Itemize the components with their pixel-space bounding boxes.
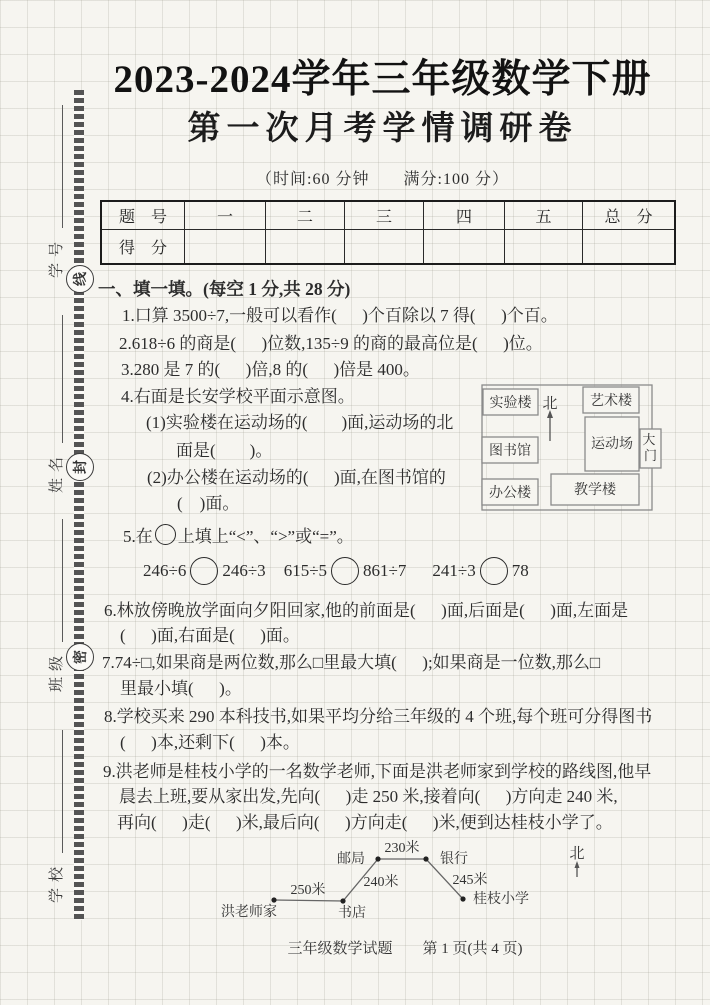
building-office-label: 办公楼: [489, 484, 532, 501]
page-footer: 三年级数学试题 第 1 页(共 4 页): [95, 937, 710, 958]
score-table-header-row: 题 号 一 二 三 四 五 总 分: [101, 201, 675, 230]
header-part-1: 一: [185, 201, 266, 230]
comparison-circle-icon: [331, 557, 359, 585]
exam-subtitle: 第一次月考学情调研卷: [95, 102, 670, 149]
q5-pair1-left: 246÷6: [143, 561, 186, 581]
question-6-line-2: ( )面,右面是( )面。: [120, 625, 300, 646]
section-1-heading: 一、填一填。(每空 1 分,共 28 分): [98, 279, 350, 301]
question-9-line-3: 再向( )走( )米,最后向( )方向走( )米,便到达桂枝小学了。: [117, 812, 613, 833]
route-node-bookstore-label: 书店: [338, 904, 366, 921]
question-5: 5.在 上填上“<”、“>”或“=”。: [123, 522, 354, 547]
question-5-expressions: 246÷6 246÷3 615÷5 861÷7 241÷3 78: [143, 556, 529, 586]
question-7-line-1: 7.74÷□,如果商是两位数,那么□里最大填( );如果商是一位数,那么□: [102, 652, 600, 673]
question-4-sub-2-line-2: ( )面。: [177, 493, 239, 514]
gate-char-2: 门: [644, 448, 657, 463]
question-4: 4.右面是长安学校平面示意图。: [121, 386, 355, 407]
score-cell-1: [185, 230, 266, 265]
distance-post-bank: 230米: [385, 839, 420, 856]
north-arrow-icon: [575, 861, 580, 877]
q5-pair2-right: 861÷7: [363, 561, 406, 581]
class-label: 班级: [46, 650, 68, 692]
route-node-bank-dot: [423, 856, 428, 861]
distance-bookstore-post: 240米: [364, 873, 399, 890]
route-north-label: 北: [569, 845, 584, 862]
score-row: 得 分: [101, 230, 675, 265]
distance-home-bookstore: 250米: [291, 881, 326, 898]
question-9-line-1: 9.洪老师是桂枝小学的一名数学老师,下面是洪老师家到学校的路线图,他早: [103, 761, 651, 782]
route-node-bookstore-dot: [340, 898, 345, 903]
score-cell-2: [266, 230, 345, 265]
time-score-info: （时间:60 分钟 满分:100 分）: [95, 166, 670, 189]
question-4-sub-1-line-1: (1)实验楼在运动场的( )面,运动场的北: [146, 412, 453, 433]
gate-label: 大 门: [642, 432, 658, 463]
route-node-school-dot: [460, 896, 465, 901]
route-node-bank-label: 银行: [440, 851, 468, 867]
seal-dotted-line: [74, 90, 84, 920]
north-arrow-icon: [547, 410, 553, 441]
distance-bank-school: 245米: [453, 871, 488, 888]
score-table: 题 号 一 二 三 四 五 总 分 得 分: [100, 200, 676, 265]
comparison-circle-icon: [480, 557, 508, 585]
question-8-line-2: ( )本,还剩下( )本。: [120, 732, 300, 753]
q5-pair3-left: 241÷3: [432, 561, 475, 581]
question-4-sub-1-line-2: 面是( )。: [176, 440, 272, 461]
seal-field-name: 姓名: [42, 313, 68, 493]
question-8-line-1: 8.学校买来 290 本科技书,如果平均分给三年级的 4 个班,每个班可分得图书: [104, 706, 652, 727]
question-3: 3.280 是 7 的( )倍,8 的( )倍是 400。: [121, 359, 420, 380]
route-node-post-office-label: 邮局: [337, 851, 365, 867]
question-5-prefix: 5.在: [123, 522, 153, 547]
building-art-label: 艺术楼: [590, 392, 633, 409]
q5-pair1-right: 246÷3: [222, 561, 265, 581]
q5-pair3-right: 78: [512, 561, 529, 581]
seal-circle-xian: 线: [66, 265, 94, 293]
north-label: 北: [542, 395, 557, 412]
seal-field-school: 学校: [42, 728, 68, 903]
seal-char: 密: [70, 650, 90, 664]
name-blank: [62, 315, 63, 443]
header-part-5: 五: [505, 201, 583, 230]
route-node-home-label: 洪老师家: [221, 903, 277, 920]
student-id-blank: [62, 105, 63, 228]
question-5-suffix: 上填上“<”、“>”或“=”。: [178, 522, 354, 547]
q5-pair2-left: 615÷5: [284, 561, 327, 581]
building-teaching-label: 教学楼: [574, 481, 617, 498]
seal-circle-mi: 密: [66, 643, 94, 671]
school-label: 学校: [46, 861, 68, 903]
comparison-circle-icon: [155, 524, 176, 545]
score-cell-5: [505, 230, 583, 265]
comparison-circle-icon: [190, 557, 218, 585]
header-part-4: 四: [424, 201, 505, 230]
route-map: 洪老师家 250米 书店 240米 邮局 230米 银行 245米 桂枝小学 北: [192, 836, 602, 928]
route-node-school-label: 桂枝小学: [473, 890, 529, 907]
route-node-home-dot: [271, 897, 276, 902]
score-row-label: 得 分: [101, 230, 185, 265]
score-cell-3: [345, 230, 424, 265]
seal-field-student-id: 学号: [42, 103, 68, 278]
question-7-line-2: 里最小填( )。: [120, 678, 242, 699]
name-label: 姓名: [46, 451, 68, 493]
header-part-2: 二: [266, 201, 345, 230]
class-blank: [62, 519, 63, 642]
exam-page: 学号 姓名 班级 学校 线 封 密 2023-2024学年三年级数学下册 第一次…: [0, 0, 710, 1005]
question-1: 1.口算 3500÷7,一般可以看作( )个百除以 7 得( )个百。: [122, 305, 558, 326]
question-4-sub-2-line-1: (2)办公楼在运动场的( )面,在图书馆的: [147, 467, 446, 488]
question-9-line-2: 晨去上班,要从家出发,先向( )走 250 米,接着向( )方向走 240 米,: [119, 786, 618, 807]
question-2: 2.618÷6 的商是( )位数,135÷9 的商的最高位是( )位。: [119, 333, 543, 354]
school-map: 实验楼 北 艺术楼 图书馆 运动场 大 门 办公楼 教学楼: [477, 381, 672, 516]
student-id-label: 学号: [46, 236, 68, 278]
score-cell-total: [583, 230, 676, 265]
school-blank: [62, 730, 63, 853]
seal-circle-feng: 封: [66, 453, 94, 481]
header-total: 总 分: [583, 201, 676, 230]
score-cell-4: [424, 230, 505, 265]
seal-char: 线: [70, 272, 90, 286]
exam-title: 2023-2024学年三年级数学下册: [95, 48, 670, 104]
question-6-line-1: 6.林放傍晚放学面向夕阳回家,他的前面是( )面,后面是( )面,左面是: [104, 600, 628, 621]
seal-field-class: 班级: [42, 517, 68, 692]
building-lab-label: 实验楼: [490, 394, 533, 411]
building-library-label: 图书馆: [489, 442, 531, 459]
route-node-post-office-dot: [375, 856, 380, 861]
seal-char: 封: [70, 460, 90, 474]
playground-label: 运动场: [591, 435, 633, 452]
gate-char-1: 大: [642, 432, 655, 447]
header-question-number: 题 号: [101, 201, 185, 230]
header-part-3: 三: [345, 201, 424, 230]
